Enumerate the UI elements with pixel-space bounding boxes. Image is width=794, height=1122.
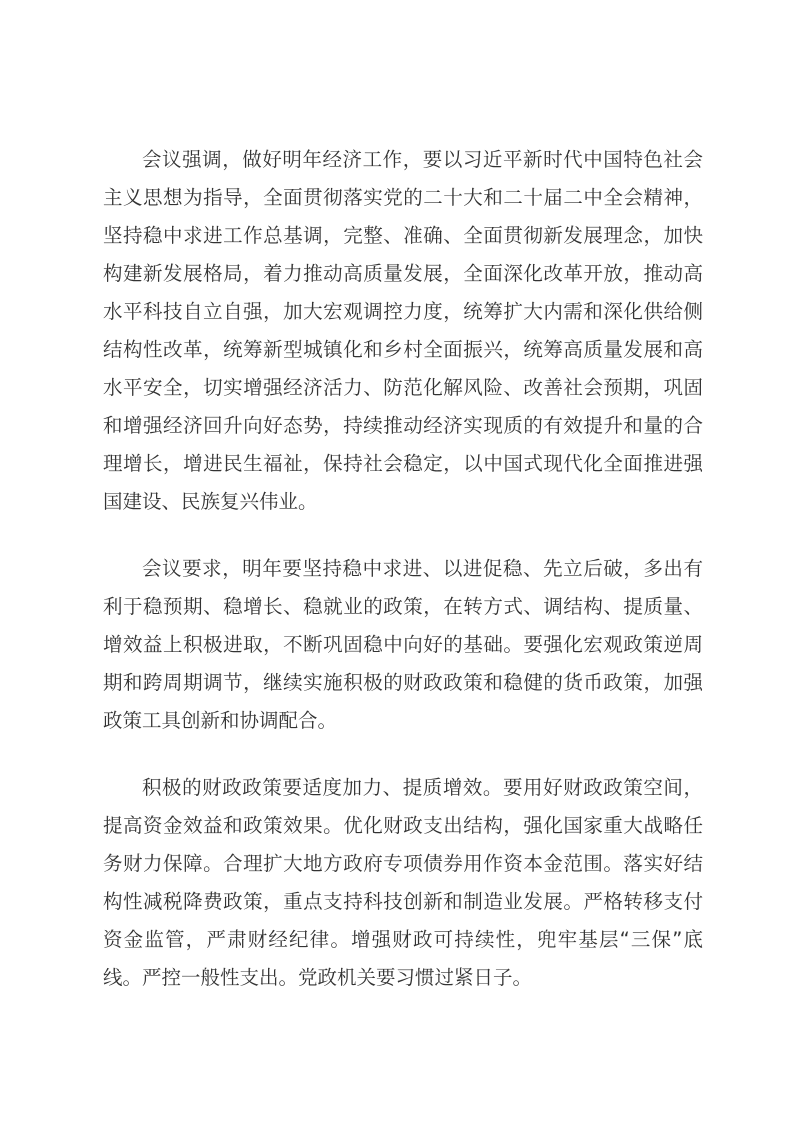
paragraph-meeting-requirements: 会议要求，明年要坚持稳中求进、以进促稳、先立后破，多出有利于稳预期、稳增长、稳就… (103, 550, 703, 740)
paragraph-fiscal-policy: 积极的财政政策要适度加力、提质增效。要用好财政政策空间，提高资金效益和政策效果。… (103, 769, 703, 997)
paragraph-meeting-emphasis: 会议强调，做好明年经济工作，要以习近平新时代中国特色社会主义思想为指导，全面贯彻… (103, 141, 703, 521)
document-page: 会议强调，做好明年经济工作，要以习近平新时代中国特色社会主义思想为指导，全面贯彻… (103, 141, 703, 997)
